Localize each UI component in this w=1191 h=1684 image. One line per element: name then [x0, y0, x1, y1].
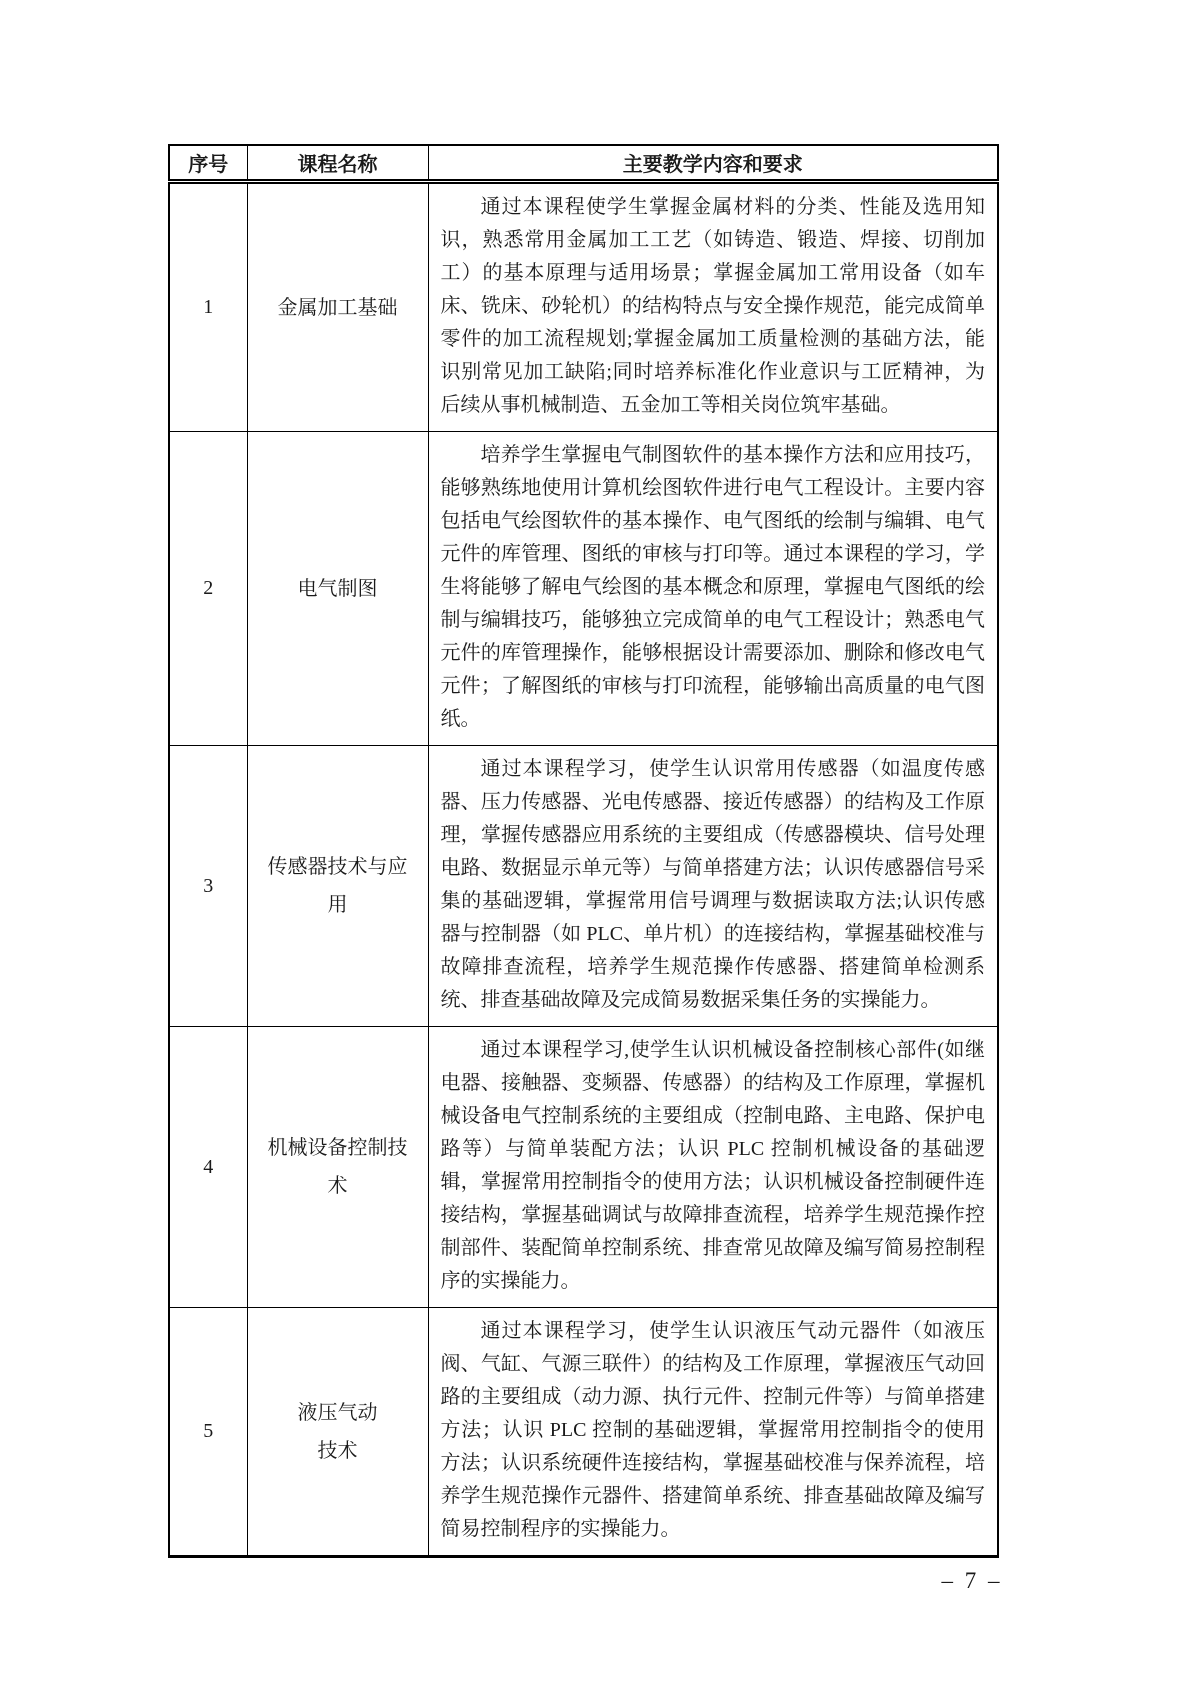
column-header-number: 序号 [169, 145, 247, 182]
table-row: 4 机械设备控制技术 通过本课程学习,使学生认识机械设备控制核心部件(如继电器、… [169, 1027, 998, 1308]
course-number: 5 [169, 1308, 247, 1557]
course-number: 4 [169, 1027, 247, 1308]
course-content: 通过本课程学习,使学生认识机械设备控制核心部件(如继电器、接触器、变频器、传感器… [428, 1027, 998, 1308]
course-name: 电气制图 [247, 432, 428, 746]
table-row: 3 传感器技术与应用 通过本课程学习，使学生认识常用传感器（如温度传感器、压力传… [169, 746, 998, 1027]
document-page: 序号 课程名称 主要教学内容和要求 1 金属加工基础 通过本课程使学生掌握金属材… [0, 0, 1191, 1684]
course-number: 3 [169, 746, 247, 1027]
table-row: 2 电气制图 培养学生掌握电气制图软件的基本操作方法和应用技巧，能够熟练地使用计… [169, 432, 998, 746]
column-header-content-requirements: 主要教学内容和要求 [428, 145, 998, 182]
course-table: 序号 课程名称 主要教学内容和要求 1 金属加工基础 通过本课程使学生掌握金属材… [168, 144, 999, 1558]
course-name: 机械设备控制技术 [247, 1027, 428, 1308]
course-content: 通过本课程学习，使学生认识液压气动元器件（如液压阀、气缸、气源三联件）的结构及工… [428, 1308, 998, 1557]
course-name: 传感器技术与应用 [247, 746, 428, 1027]
table-header-row: 序号 课程名称 主要教学内容和要求 [169, 145, 998, 182]
course-number: 1 [169, 182, 247, 432]
page-number: – 7 – [924, 1568, 1020, 1594]
column-header-course-name: 课程名称 [247, 145, 428, 182]
course-content: 培养学生掌握电气制图软件的基本操作方法和应用技巧，能够熟练地使用计算机绘图软件进… [428, 432, 998, 746]
course-content: 通过本课程使学生掌握金属材料的分类、性能及选用知识，熟悉常用金属加工工艺（如铸造… [428, 182, 998, 432]
table-row: 5 液压气动 技术 通过本课程学习，使学生认识液压气动元器件（如液压阀、气缸、气… [169, 1308, 998, 1557]
course-number: 2 [169, 432, 247, 746]
course-name: 金属加工基础 [247, 182, 428, 432]
course-content: 通过本课程学习，使学生认识常用传感器（如温度传感器、压力传感器、光电传感器、接近… [428, 746, 998, 1027]
course-name: 液压气动 技术 [247, 1308, 428, 1557]
table-row: 1 金属加工基础 通过本课程使学生掌握金属材料的分类、性能及选用知识，熟悉常用金… [169, 182, 998, 432]
